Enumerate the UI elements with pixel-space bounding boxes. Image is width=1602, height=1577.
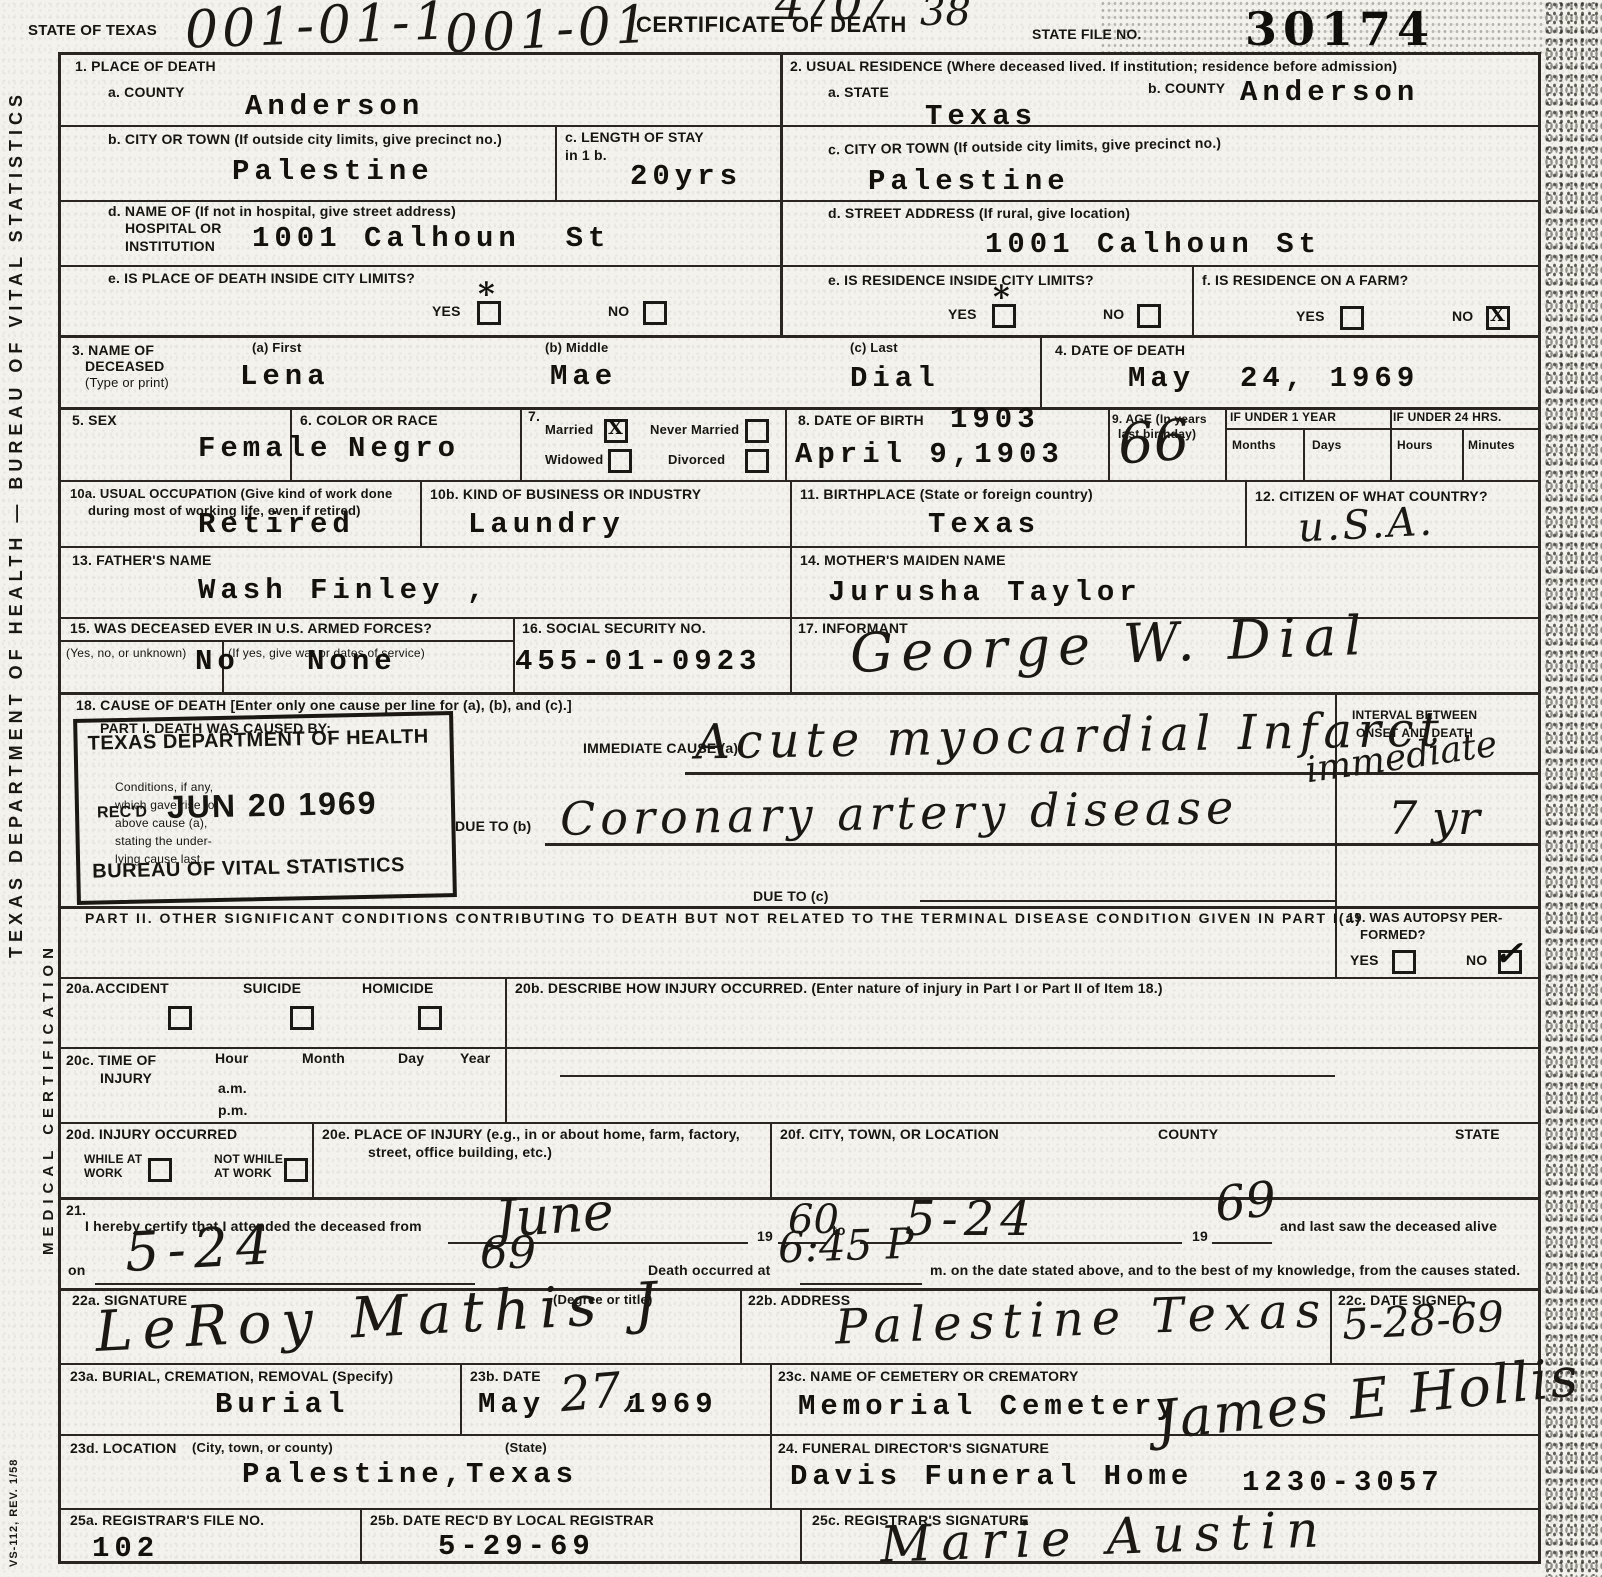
item9-hours-label: Hours xyxy=(1397,438,1433,452)
item5-value: Female xyxy=(198,432,332,465)
form-line xyxy=(58,52,61,1564)
item20c-year-label: Year xyxy=(460,1050,490,1066)
handwritten-code-1: 001-01-1 xyxy=(184,0,451,57)
item19-no-label: NO xyxy=(1466,952,1487,968)
form-line xyxy=(790,480,792,692)
form-line xyxy=(770,1363,772,1508)
item2-limits-yes-mark: * xyxy=(993,281,1010,313)
item20f-label: 20f. CITY, TOWN, OR LOCATION xyxy=(780,1126,999,1142)
item21-pre-year-2: 19 xyxy=(1192,1228,1208,1244)
form-line xyxy=(58,977,1540,979)
form-line xyxy=(58,692,1540,695)
item24-phone-value: 1230-3057 xyxy=(1242,1466,1444,1499)
item18-due-b-label: DUE TO (b) xyxy=(455,818,531,834)
item15-sub-1: (Yes, no, or unknown) xyxy=(66,646,187,660)
form-line xyxy=(555,125,557,200)
item20a-accident-checkbox xyxy=(168,1006,192,1030)
item25-registrar-signature: Marie Austin xyxy=(879,1504,1329,1570)
item3-last-label: (c) Last xyxy=(850,340,898,355)
item2-limits-yes-checkbox: * xyxy=(992,304,1016,328)
stamp-line-3: BUREAU OF VITAL STATISTICS xyxy=(92,854,405,884)
item17-informant-signature: George W. Dial xyxy=(849,609,1370,681)
item20d-while-label-2: WORK xyxy=(84,1166,123,1180)
item20d-not-while-label-2: AT WORK xyxy=(214,1166,272,1180)
item14-value: Jurusha Taylor xyxy=(828,576,1142,609)
item25-date-value: 5-29-69 xyxy=(438,1530,595,1563)
item21-number: 21. xyxy=(66,1202,86,1218)
item20d-label: 20d. INJURY OCCURRED xyxy=(66,1126,237,1142)
item3-first-value: Lena xyxy=(240,360,330,393)
death-certificate-scan: TEXAS DEPARTMENT OF HEALTH — BUREAU OF V… xyxy=(0,0,1602,1577)
item13-value: Wash Finley , xyxy=(198,574,489,607)
item25-file-value: 102 xyxy=(92,1532,159,1565)
item9-months-label: Months xyxy=(1232,438,1276,452)
item2-farm-yes-label: YES xyxy=(1296,308,1325,324)
item23-burial-value: Burial xyxy=(215,1388,349,1421)
item9-under24-label: IF UNDER 24 HRS. xyxy=(1393,410,1502,424)
form-line xyxy=(1538,52,1541,1564)
item2-state-value: Texas xyxy=(925,100,1037,133)
form-line xyxy=(58,1047,1540,1049)
item20d-not-while-checkbox xyxy=(284,1158,308,1182)
item2-farm-no-label: NO xyxy=(1452,308,1473,324)
form-line xyxy=(360,1508,362,1561)
item20c-am-label: a.m. xyxy=(218,1080,247,1096)
form-line xyxy=(520,407,522,480)
item16-label: 16. SOCIAL SECURITY NO. xyxy=(522,620,706,636)
item4-label: 4. DATE OF DEATH xyxy=(1055,342,1185,358)
item20a-homicide-checkbox xyxy=(418,1006,442,1030)
form-line xyxy=(58,1561,1540,1564)
handwritten-top-1: 4707 xyxy=(775,0,892,26)
item24-funeral-home-value: Davis Funeral Home xyxy=(790,1460,1193,1493)
item20c-label-2: INJURY xyxy=(100,1070,152,1086)
item8-label: 8. DATE OF BIRTH xyxy=(798,412,924,428)
item7-never-married-checkbox xyxy=(745,419,769,443)
form-line xyxy=(58,200,1540,202)
item2-farm-yes-checkbox xyxy=(1340,306,1364,330)
item2-farm-no-mark: X xyxy=(1490,306,1505,325)
form-line xyxy=(58,335,1540,338)
item20c-hour-label: Hour xyxy=(215,1050,248,1066)
item20c-month-label: Month xyxy=(302,1050,345,1066)
form-line xyxy=(312,1122,314,1197)
item11-label: 11. BIRTHPLACE (State or foreign country… xyxy=(800,486,1093,502)
item25-file-label: 25a. REGISTRAR'S FILE NO. xyxy=(70,1512,264,1528)
item8-value: April 9,1903 xyxy=(795,438,1064,471)
item9-minutes-label: Minutes xyxy=(1468,438,1515,452)
item23-date-typed-1: May xyxy=(478,1388,545,1421)
item20e-label-1: 20e. PLACE OF INJURY (e.g., in or about … xyxy=(322,1126,740,1142)
item2-limits-yes-label: YES xyxy=(948,306,977,322)
item23-cemetery-label: 23c. NAME OF CEMETERY OR CREMATORY xyxy=(778,1368,1079,1384)
item20b-label: 20b. DESCRIBE HOW INJURY OCCURRED. (Ente… xyxy=(515,980,1163,996)
item23-cemetery-value: Memorial Cemetery xyxy=(798,1390,1179,1423)
form-line xyxy=(505,977,507,1122)
form-line xyxy=(58,125,1540,127)
item2-label: 2. USUAL RESIDENCE (Where deceased lived… xyxy=(790,58,1397,74)
item10a-value: Retired xyxy=(198,508,355,541)
item10a-label: 10a. USUAL OCCUPATION (Give kind of work… xyxy=(70,486,393,501)
item23-burial-label: 23a. BURIAL, CREMATION, REMOVAL (Specify… xyxy=(70,1368,393,1384)
item3-middle-label: (b) Middle xyxy=(545,340,608,355)
item1-no-checkbox xyxy=(643,301,667,325)
item21-certify-3: m. on the date stated above, and to the … xyxy=(930,1262,1520,1278)
item23-location-value: Palestine,Texas xyxy=(242,1458,578,1491)
item4-value: May 24, 1969 xyxy=(1128,362,1419,395)
item6-label: 6. COLOR OR RACE xyxy=(300,412,438,428)
item1-city-label: b. CITY OR TOWN (If outside city limits,… xyxy=(108,131,502,147)
item20c-label-1: 20c. TIME OF xyxy=(66,1052,156,1068)
item20d-not-while-label-1: NOT WHILE xyxy=(214,1152,283,1166)
item19-yes-label: YES xyxy=(1350,952,1379,968)
item1-city-value: Palestine xyxy=(232,155,434,188)
form-line xyxy=(740,1288,742,1363)
item19-no-mark: ✓ xyxy=(1494,937,1523,971)
item2-street-label: d. STREET ADDRESS (If rural, give locati… xyxy=(828,205,1130,221)
item20a-homicide-label: HOMICIDE xyxy=(362,980,434,996)
item2-city-label: c. CITY OR TOWN (If outside city limits,… xyxy=(828,135,1221,158)
item24-label: 24. FUNERAL DIRECTOR'S SIGNATURE xyxy=(778,1440,1049,1456)
item15-label: 15. WAS DECEASED EVER IN U.S. ARMED FORC… xyxy=(70,620,432,636)
item18-interval-b-value: 7 yr xyxy=(1388,795,1480,841)
item1-hospital-label-2: HOSPITAL OR xyxy=(125,220,222,236)
item10b-value: Laundry xyxy=(468,508,625,541)
item21-to-handwritten: 5-24 xyxy=(905,1195,1037,1243)
blank-line xyxy=(560,1075,1335,1077)
item20c-day-label: Day xyxy=(398,1050,424,1066)
item3-label-3: (Type or print) xyxy=(85,375,169,390)
item15-value: No None xyxy=(195,645,397,678)
item1-hospital-label-3: INSTITUTION xyxy=(125,238,215,254)
form-line xyxy=(58,480,1540,482)
item1-limits-label: e. IS PLACE OF DEATH INSIDE CITY LIMITS? xyxy=(108,270,415,286)
item9-under1-label: IF UNDER 1 YEAR xyxy=(1230,410,1336,424)
item19-label-1: 19. WAS AUTOPSY PER- xyxy=(1347,910,1502,925)
item23-date-handwritten: 27, xyxy=(558,1365,638,1419)
item21-on-handwritten: 5-24 xyxy=(124,1218,280,1280)
item21-on-year-handwritten: 69 xyxy=(480,1232,536,1276)
item3-label: 3. NAME OF xyxy=(72,342,154,358)
item20a-suicide-label: SUICIDE xyxy=(243,980,301,996)
item20d-while-label-1: WHILE AT xyxy=(84,1152,142,1166)
item16-value: 455-01-0923 xyxy=(515,645,761,678)
item19-no-checkbox: ✓ xyxy=(1498,950,1522,974)
form-line xyxy=(1225,407,1227,480)
item1-yes-mark: * xyxy=(478,278,495,310)
stamp-recd-label: REC'D xyxy=(97,803,148,822)
form-line xyxy=(1040,335,1042,407)
margin-form-number-text: VS-112, REV. 1/58 xyxy=(8,1462,20,1567)
form-line xyxy=(1192,265,1194,335)
item21-pre-year-1: 19 xyxy=(757,1228,773,1244)
item7-divorced-checkbox xyxy=(745,449,769,473)
item18-due-b-value: Coronary artery disease xyxy=(560,784,1239,842)
item2-state-label: a. STATE xyxy=(828,84,889,100)
item3-first-label: (a) First xyxy=(252,340,301,355)
blank-line xyxy=(800,1283,922,1285)
item3-label-2: DECEASED xyxy=(85,358,164,374)
scan-noise xyxy=(1100,0,1544,54)
stamp-line-1: TEXAS DEPARTMENT OF HEALTH xyxy=(87,726,429,756)
item19-yes-checkbox xyxy=(1392,950,1416,974)
item20a-label: 20a. xyxy=(66,980,94,996)
item6-value: Negro xyxy=(348,432,460,465)
item23-location-label: 23d. LOCATION xyxy=(70,1440,177,1456)
item12-value: u.S.A. xyxy=(1297,501,1436,548)
item7-married-mark: X xyxy=(608,419,623,438)
item1-yes-label: YES xyxy=(432,303,461,319)
form-line xyxy=(800,1508,802,1561)
item9-age-value: 66 xyxy=(1116,413,1191,474)
item10b-label: 10b. KIND OF BUSINESS OR INDUSTRY xyxy=(430,486,701,502)
item18-interval-label-1: INTERVAL BETWEEN xyxy=(1352,708,1477,722)
item22-date-signed-value: 5-28-69 xyxy=(1341,1296,1505,1346)
item1-county-label: a. COUNTY xyxy=(108,84,184,100)
item2-street-value: 1001 Calhoun St xyxy=(985,228,1321,261)
item1-stay-value: 20yrs xyxy=(630,160,742,193)
item23-location-sub-1: (City, town, or county) xyxy=(192,1440,333,1455)
item1-county-value: Anderson xyxy=(245,90,424,123)
item20a-accident-label: ACCIDENT xyxy=(95,980,169,996)
item7-widowed-label: Widowed xyxy=(545,452,603,467)
form-line xyxy=(1303,428,1305,480)
state-of-texas-label: STATE OF TEXAS xyxy=(28,22,157,39)
item7-married-label: Married xyxy=(545,422,593,437)
item1-yes-checkbox: * xyxy=(477,301,501,325)
form-line xyxy=(1330,1288,1332,1363)
form-line xyxy=(58,640,513,642)
item7-widowed-checkbox xyxy=(608,449,632,473)
item20a-suicide-checkbox xyxy=(290,1006,314,1030)
item1-hospital-label: d. NAME OF (If not in hospital, give str… xyxy=(108,203,456,219)
item11-value: Texas xyxy=(928,508,1040,541)
item20f-county-label: COUNTY xyxy=(1158,1126,1218,1142)
form-line xyxy=(58,1122,1540,1124)
item20e-label-2: street, office building, etc.) xyxy=(368,1144,552,1160)
form-line xyxy=(785,407,787,480)
item21-on-label: on xyxy=(68,1262,86,1278)
item2-city-value: Palestine xyxy=(868,165,1070,198)
item20d-while-checkbox xyxy=(148,1158,172,1182)
item8-year-value: 1903 xyxy=(950,403,1040,436)
item13-label: 13. FATHER'S NAME xyxy=(72,552,212,568)
item2-county-label: b. COUNTY xyxy=(1148,80,1225,96)
form-line xyxy=(58,1363,1540,1365)
item23-date-label: 23b. DATE xyxy=(470,1368,541,1384)
item20f-state-label: STATE xyxy=(1455,1126,1500,1142)
item21-death-at-label: Death occurred at xyxy=(648,1262,770,1278)
form-line xyxy=(1225,428,1540,430)
cause-c-underline xyxy=(920,900,1335,902)
stamp-date: JUN 20 1969 xyxy=(167,785,378,826)
item18-label: 18. CAUSE OF DEATH [Enter only one cause… xyxy=(76,697,572,713)
item2-farm-label: f. IS RESIDENCE ON A FARM? xyxy=(1202,272,1408,288)
margin-department-text: TEXAS DEPARTMENT OF HEALTH — BUREAU OF V… xyxy=(6,58,27,958)
item19-label-2: FORMED? xyxy=(1360,927,1426,942)
item21-year-2-handwritten: 69 xyxy=(1213,1175,1279,1229)
item5-label: 5. SEX xyxy=(72,412,117,428)
form-line xyxy=(420,480,422,546)
form-line xyxy=(460,1363,462,1434)
item1-label: 1. PLACE OF DEATH xyxy=(75,58,216,74)
form-line xyxy=(780,52,783,335)
item18-part2-label: PART II. OTHER SIGNIFICANT CONDITIONS CO… xyxy=(85,910,1362,926)
received-stamp: TEXAS DEPARTMENT OF HEALTH REC'D JUN 20 … xyxy=(73,711,457,905)
item22-address-value: Palestine Texas xyxy=(834,1286,1329,1351)
item1-stay-label-2: in 1 b. xyxy=(565,147,607,163)
item7-label: 7. xyxy=(528,408,540,424)
form-line xyxy=(1108,407,1110,480)
item1-hospital-value: 1001 Calhoun St xyxy=(252,222,610,255)
handwritten-top-2: 38 xyxy=(920,0,971,32)
form-line xyxy=(1390,407,1392,480)
item1-no-label: NO xyxy=(608,303,629,319)
margin-medical-certification-text: MEDICAL CERTIFICATION xyxy=(40,885,57,1255)
form-line xyxy=(58,265,1540,267)
item2-limits-label: e. IS RESIDENCE INSIDE CITY LIMITS? xyxy=(828,272,1094,288)
item23-date-typed-2: 1969 xyxy=(628,1388,718,1421)
item21-certify-2: and last saw the deceased alive xyxy=(1280,1218,1497,1234)
form-line xyxy=(1462,428,1464,480)
blank-line xyxy=(1212,1242,1272,1244)
item1-stay-label: c. LENGTH OF STAY xyxy=(565,129,704,145)
item2-limits-no-checkbox xyxy=(1137,304,1161,328)
item2-farm-no-checkbox: X xyxy=(1486,306,1510,330)
scan-noise xyxy=(1544,0,1602,1577)
item18-due-c-label: DUE TO (c) xyxy=(753,888,829,904)
form-line xyxy=(1245,480,1247,546)
item9-days-label: Days xyxy=(1312,438,1342,452)
item3-last-value: Dial xyxy=(850,362,940,395)
item14-label: 14. MOTHER'S MAIDEN NAME xyxy=(800,552,1006,568)
item23-location-sub-2: (State) xyxy=(505,1440,547,1455)
item21-time-handwritten: 6:45 P xyxy=(777,1223,914,1270)
item7-married-checkbox: X xyxy=(604,419,628,443)
item20c-pm-label: p.m. xyxy=(218,1102,248,1118)
form-line xyxy=(770,1122,772,1197)
item7-never-married-label: Never Married xyxy=(650,422,739,437)
item25-date-label: 25b. DATE REC'D BY LOCAL REGISTRAR xyxy=(370,1512,654,1528)
item3-middle-value: Mae xyxy=(550,360,617,393)
form-line xyxy=(58,906,1540,909)
item2-county-value: Anderson xyxy=(1240,76,1419,109)
item2-limits-no-label: NO xyxy=(1103,306,1124,322)
item7-divorced-label: Divorced xyxy=(668,452,725,467)
